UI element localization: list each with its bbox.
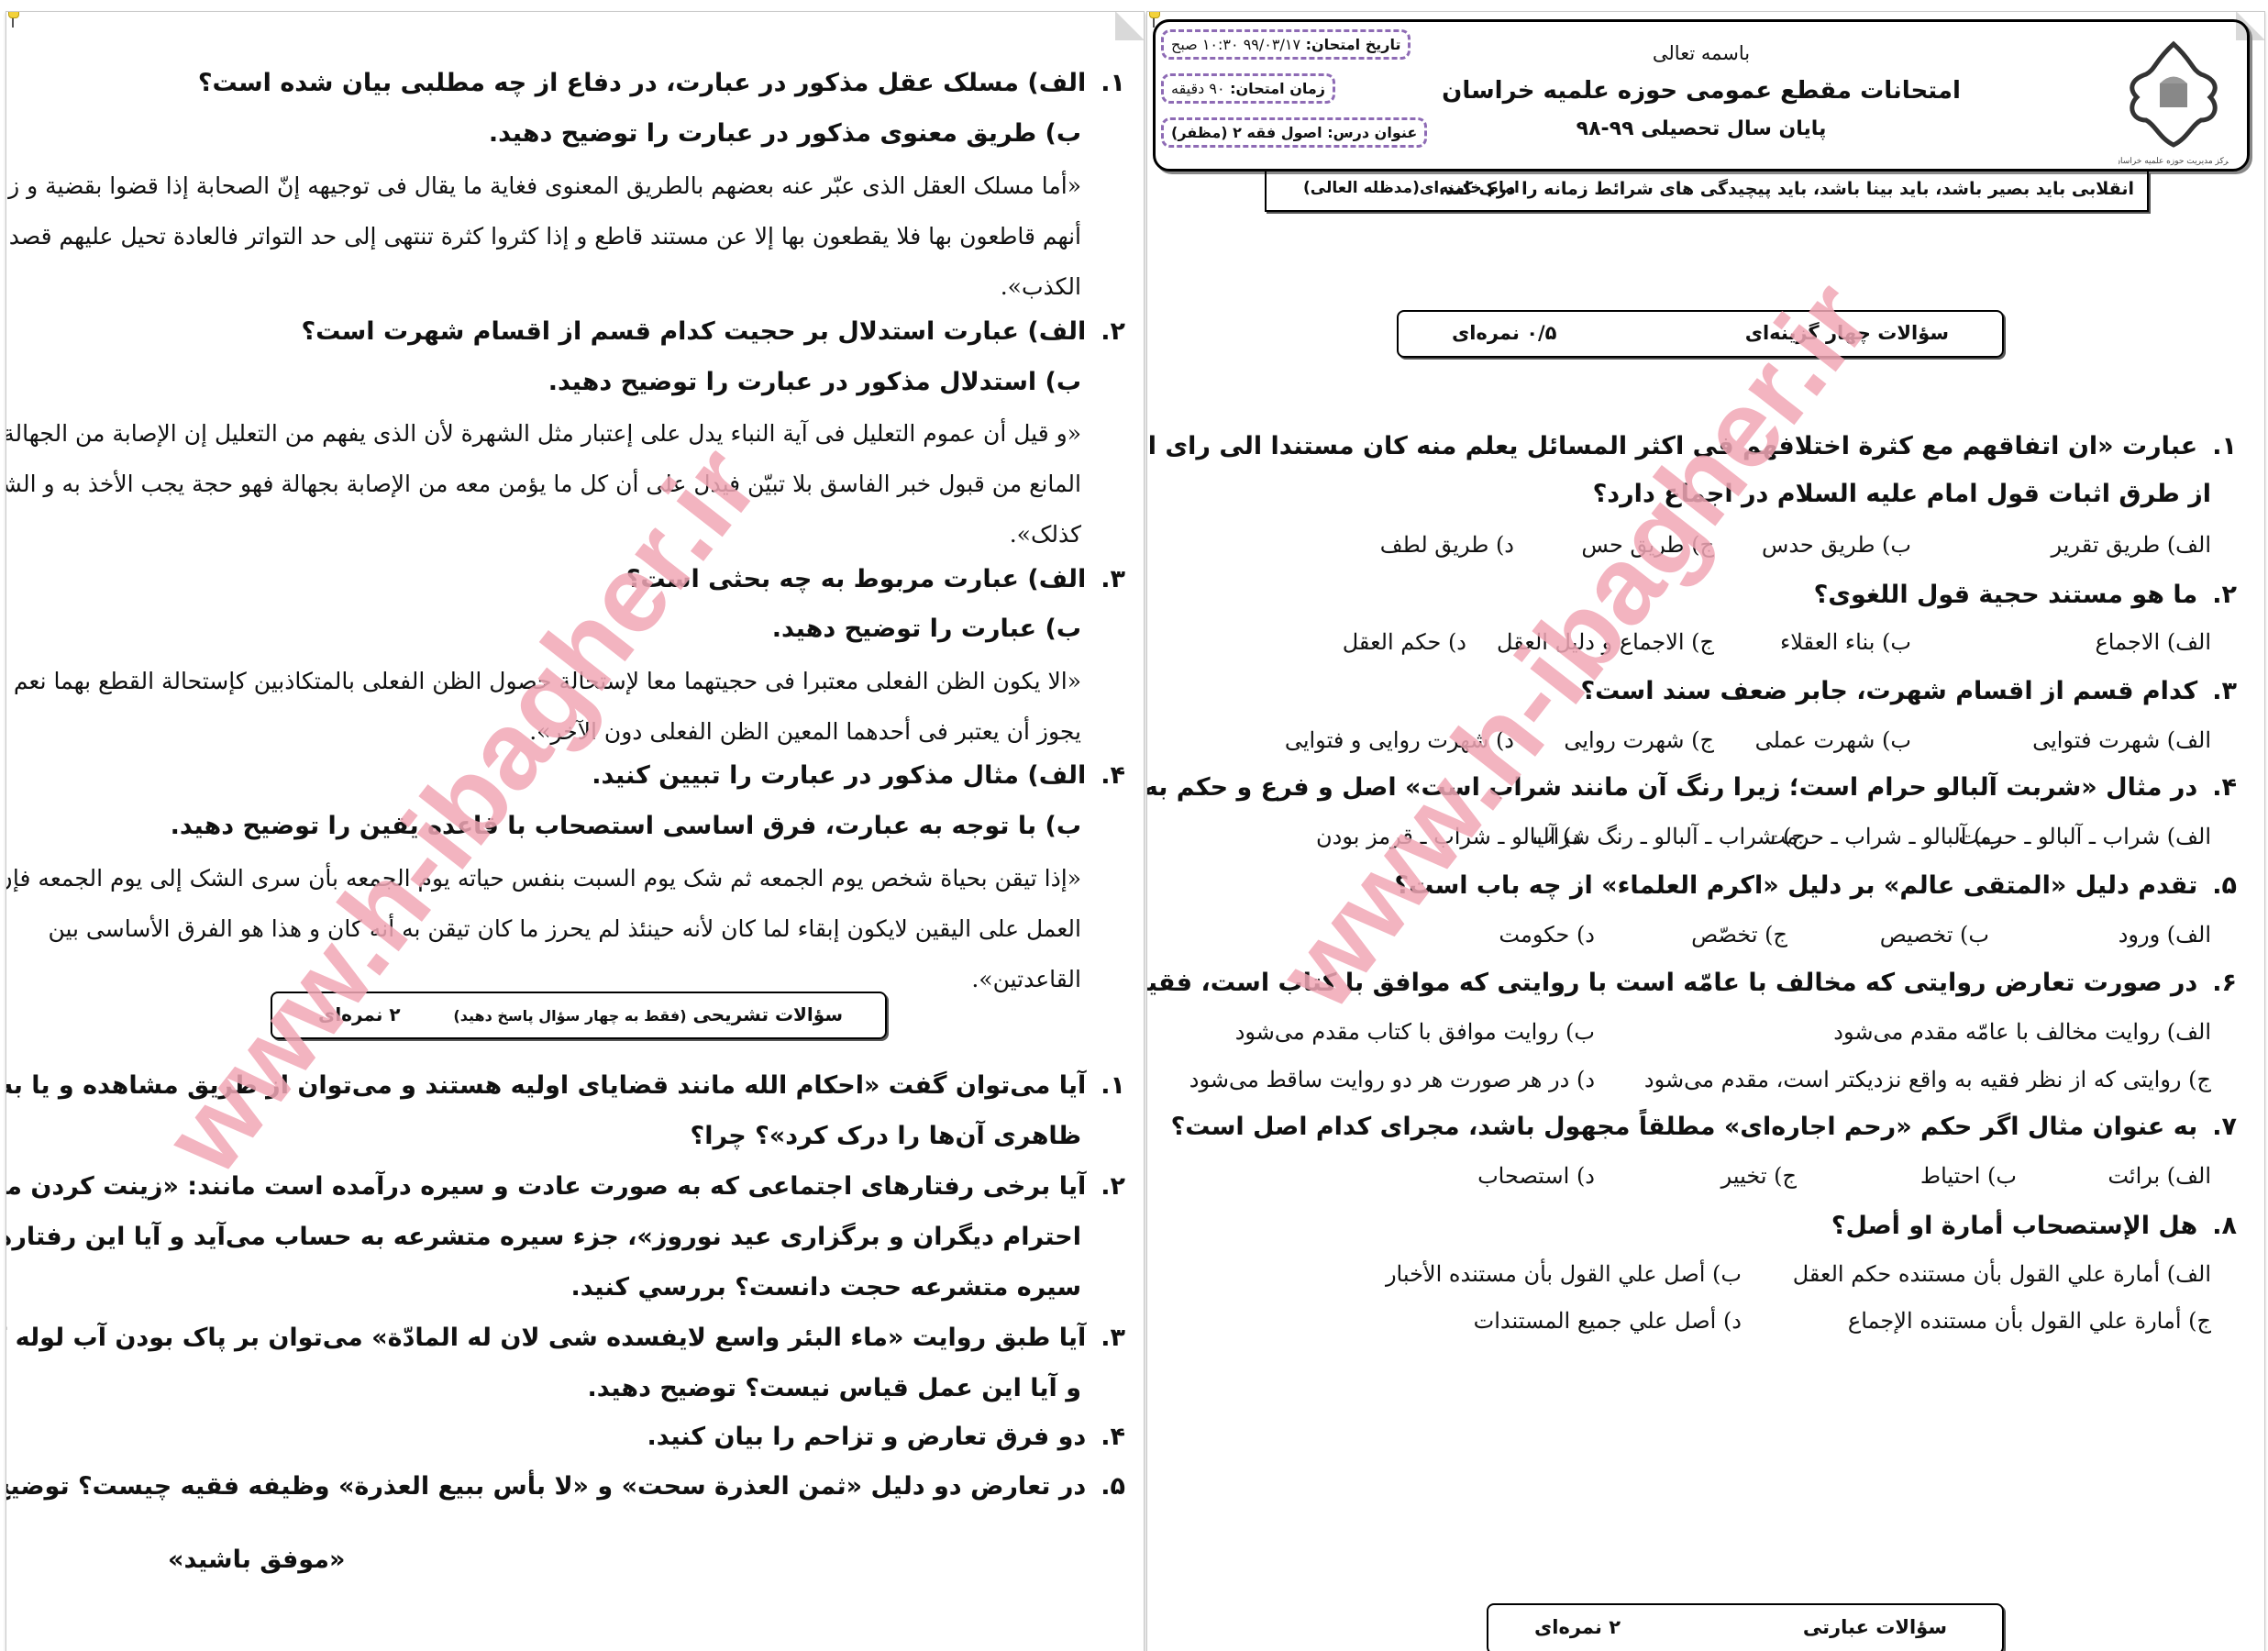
text-question-4b: ب) با توجه به عبارت، فرق اساسی استصحاب ب… bbox=[171, 812, 1081, 840]
text-question-2a: ۲.الف) عبارت استدلال بر حجیت کدام قسم از… bbox=[302, 317, 1125, 346]
quote-line: یجوز أن یعتبر فی أحدهما المعین الظن الفع… bbox=[529, 718, 1081, 745]
khorasan-seminary-logo-icon: مرکز مدیریت حوزه علمیه خراسان bbox=[2119, 33, 2229, 171]
mcq-question-2: ۲.ما هو مستند حجیة قول اللغوی؟ bbox=[1814, 581, 2237, 609]
mcq-option[interactable]: ب) روایت موافق با کتاب مقدم می‌شود bbox=[1235, 1019, 1595, 1045]
mcq-option[interactable]: الف) ورود bbox=[2119, 922, 2211, 947]
mcq-option[interactable]: د) استصحاب bbox=[1477, 1163, 1595, 1189]
motto-author: امام خامنه‌ای(مدظله العالی) bbox=[1303, 179, 1520, 197]
mcq-question-5: ۵.تقدم دلیل «المتقی عالم» بر دلیل «اکرم … bbox=[1394, 871, 2237, 900]
mcq-option[interactable]: ج) تخییر bbox=[1721, 1163, 1797, 1189]
mcq-question-7: ۷.به عنوان مثال اگر حکم «رحم اجاره‌ای» م… bbox=[1171, 1113, 2237, 1141]
quote-line: «إذا تیقن بحیاة شخص یوم الجمعه ثم شک یوم… bbox=[6, 865, 1081, 892]
mcq-option[interactable]: الف) شهرت فتوایی bbox=[2032, 727, 2211, 753]
essay-section-header: سؤالات تشریحی (فقط به چهار سؤال پاسخ دهی… bbox=[271, 992, 887, 1039]
mcq-option[interactable]: الف) أمارة علي القول بأن مستنده حكم العق… bbox=[1793, 1261, 2211, 1287]
essay-question-3: ۳.آیا طبق روایت «ماء البئر واسع لایفسده … bbox=[6, 1324, 1125, 1352]
mcq-option[interactable]: د) أصل علي جميع المستندات bbox=[1474, 1308, 1742, 1334]
mcq-option[interactable]: د) شهرت روایی و فتوایی bbox=[1285, 727, 1514, 753]
mcq-option[interactable]: ج) طریق حس bbox=[1581, 532, 1714, 558]
essay-question-2-cont: سیره متشرعه حجت دانست؟ بررسي کنید. bbox=[570, 1273, 1081, 1302]
quote-line: کذلک». bbox=[1010, 521, 1081, 548]
closing-text: «موفق باشید» bbox=[168, 1546, 345, 1574]
mcq-option[interactable]: د) آلبالو ـ شراب ـ قرمز بودن bbox=[1316, 824, 1581, 849]
quote-line: «أما مسلک العقل الذی عبّر عنه بعضهم بالط… bbox=[6, 172, 1081, 199]
mcq-option[interactable]: ب) بناء العقلاء bbox=[1780, 629, 1911, 655]
mcq-question-8: ۸.هل الإستصحاب أمارة او أصل؟ bbox=[1831, 1212, 2237, 1240]
essay-question-4: ۴.دو فرق تعارض و تزاحم را بیان کنید. bbox=[647, 1423, 1125, 1451]
essay-section-score: ۲ نمره‌ای bbox=[318, 1003, 401, 1025]
quote-line: أنهم قاطعون بها فلا یقطعون بها إلا عن مس… bbox=[9, 223, 1081, 249]
exam-subtitle: پایان سال تحصیلی ۹۹-۹۸ bbox=[1156, 117, 2247, 140]
motto-banner: انقلابی باید بصیر باشد، باید بینا باشد، … bbox=[1265, 172, 2149, 212]
mcq-option[interactable]: ج) تخصّص bbox=[1691, 922, 1787, 947]
bismillah: باسمه تعالی bbox=[1156, 42, 2247, 64]
quote-line: المانع من قبول خبر الفاسق بلا تبیّن فیدل… bbox=[6, 471, 1081, 497]
svg-text:مرکز مدیریت حوزه علمیه خراسان: مرکز مدیریت حوزه علمیه خراسان bbox=[2119, 157, 2229, 166]
mcq-question-1-cont: از طرق اثبات قول امام علیه السلام در اجم… bbox=[1593, 480, 2211, 508]
mcq-option[interactable]: الف) طریق تقریر bbox=[2052, 532, 2211, 558]
text-question-3b: ب) عبارت را توضیح دهید. bbox=[772, 615, 1081, 643]
exam-page-2: ۱.الف) مسلک عقل مذکور در عبارت، در دفاع … bbox=[6, 11, 1145, 1651]
mcq-option[interactable]: د) حکومت bbox=[1499, 922, 1595, 947]
mcq-option[interactable]: ب) تخصیص bbox=[1880, 922, 1989, 947]
text-question-1a: ۱.الف) مسلک عقل مذکور در عبارت، در دفاع … bbox=[198, 69, 1125, 97]
mcq-question-1: ۱.عبارت «ان اتفاقهم مع کثرة اختلافهم فی … bbox=[1146, 432, 2237, 460]
text-question-3a: ۳.الف) عبارت مربوط به چه بحثی است؟ bbox=[626, 565, 1125, 593]
mcq-option[interactable]: ج) روایتی که از نظر فقیه به واقع نزدیکتر… bbox=[1644, 1067, 2211, 1092]
mcq-question-6: ۶.در صورت تعارض روایتی که مخالف با عامّه… bbox=[1146, 969, 2237, 997]
essay-question-1-cont: ظاهری آن‌ها را درک کرد»؟ چرا؟ bbox=[691, 1122, 1081, 1150]
mcq-question-4: ۴.در مثال «شربت آلبالو حرام است؛ زیرا رن… bbox=[1146, 773, 2237, 802]
mcq-option[interactable]: الف) الاجماع bbox=[2095, 629, 2211, 655]
motto-text: انقلابی باید بصیر باشد، باید بینا باشد، … bbox=[1439, 179, 2134, 199]
mcq-section-title: سؤالات چهار گزینه‌ای bbox=[1745, 322, 1949, 344]
exam-header: تاریخ امتحان: ۹۹/۰۳/۱۷ ۱۰:۳۰ صبح زمان ام… bbox=[1153, 19, 2250, 172]
pushpin-icon bbox=[8, 11, 17, 28]
mcq-option[interactable]: ب) احتیاط bbox=[1920, 1163, 2017, 1189]
mcq-option[interactable]: ب) أصل علي القول بأن مستنده الأخبار bbox=[1386, 1261, 1742, 1287]
mcq-option[interactable]: د) در هر صورت هر دو روایت ساقط می‌شود bbox=[1189, 1067, 1595, 1092]
quote-line: الکذب». bbox=[1001, 273, 1081, 300]
mcq-section-score: ۰/۵ نمره‌ای bbox=[1452, 322, 1557, 344]
mcq-option[interactable]: ب) شهرت عملی bbox=[1755, 727, 1911, 753]
mcq-option[interactable]: الف) برائت bbox=[2108, 1163, 2211, 1189]
text-section-title: سؤالات عبارتی bbox=[1803, 1616, 1947, 1638]
mcq-option[interactable]: ب) طریق حدس bbox=[1762, 532, 1911, 558]
exam-title: امتحانات مقطع عمومی حوزه علمیه خراسان bbox=[1156, 77, 2247, 105]
page-fold-corner bbox=[1115, 11, 1145, 40]
quote-line: القاعدتین». bbox=[971, 966, 1081, 992]
mcq-option[interactable]: د) طریق لطف bbox=[1380, 532, 1514, 558]
text-section-score: ۲ نمره‌ای bbox=[1534, 1616, 1621, 1638]
essay-question-2-cont: احترام دیگران و برگزاری عید نوروز»، جزء … bbox=[6, 1223, 1081, 1251]
quote-line: «الا یکون الظن الفعلی معتبرا فی حجیتهما … bbox=[14, 668, 1081, 694]
mcq-question-3: ۳.کدام قسم از اقسام شهرت، جابر ضعف سند ا… bbox=[1580, 677, 2237, 705]
mcq-option[interactable]: ج) أمارة علي القول بأن مستنده الإجماع bbox=[1848, 1308, 2211, 1334]
quote-line: «و قیل أن عموم التعلیل فی آیة النباء یدل… bbox=[6, 420, 1081, 447]
exam-page-1: تاریخ امتحان: ۹۹/۰۳/۱۷ ۱۰:۳۰ صبح زمان ام… bbox=[1146, 11, 2265, 1651]
essay-question-3-cont: و آیا این عمل قیاس نیست؟ توضیح دهید. bbox=[587, 1374, 1081, 1402]
text-question-1b: ب) طریق معنوی مذکور در عبارت را توضیح ده… bbox=[489, 119, 1081, 148]
seminary-logo: مرکز مدیریت حوزه علمیه خراسان bbox=[2119, 33, 2229, 171]
mcq-option[interactable]: ج) الاجماع و دلیل العقل bbox=[1497, 629, 1714, 655]
mcq-section-header: سؤالات چهار گزینه‌ای ۰/۵ نمره‌ای bbox=[1397, 310, 2004, 358]
text-section-header: سؤالات عبارتی ۲ نمره‌ای bbox=[1487, 1603, 2004, 1651]
text-question-2b: ب) استدلال مذکور در عبارت را توضیح دهید. bbox=[548, 368, 1081, 396]
mcq-option[interactable]: الف) روایت مخالف با عامّه مقدم می‌شود bbox=[1833, 1019, 2211, 1045]
mcq-option[interactable]: د) حکم العقل bbox=[1343, 629, 1466, 655]
essay-question-1: ۱.آیا می‌توان گفت «احکام الله مانند قضای… bbox=[6, 1071, 1125, 1100]
text-question-4a: ۴.الف) مثال مذکور در عبارت را تبیین کنید… bbox=[592, 761, 1125, 790]
essay-question-2: ۲.آیا برخی رفتارهای اجتماعی که به صورت ع… bbox=[6, 1172, 1125, 1201]
essay-section-title: سؤالات تشریحی (فقط به چهار سؤال پاسخ دهی… bbox=[453, 1003, 843, 1025]
mcq-option[interactable]: ج) شهرت روایی bbox=[1564, 727, 1714, 753]
quote-line: العمل علی الیقین لایکون إبقاء لما کان لأ… bbox=[48, 915, 1081, 942]
essay-question-5: ۵.در تعارض دو دلیل «ثمن العذرة سحت» و «ل… bbox=[6, 1472, 1125, 1501]
